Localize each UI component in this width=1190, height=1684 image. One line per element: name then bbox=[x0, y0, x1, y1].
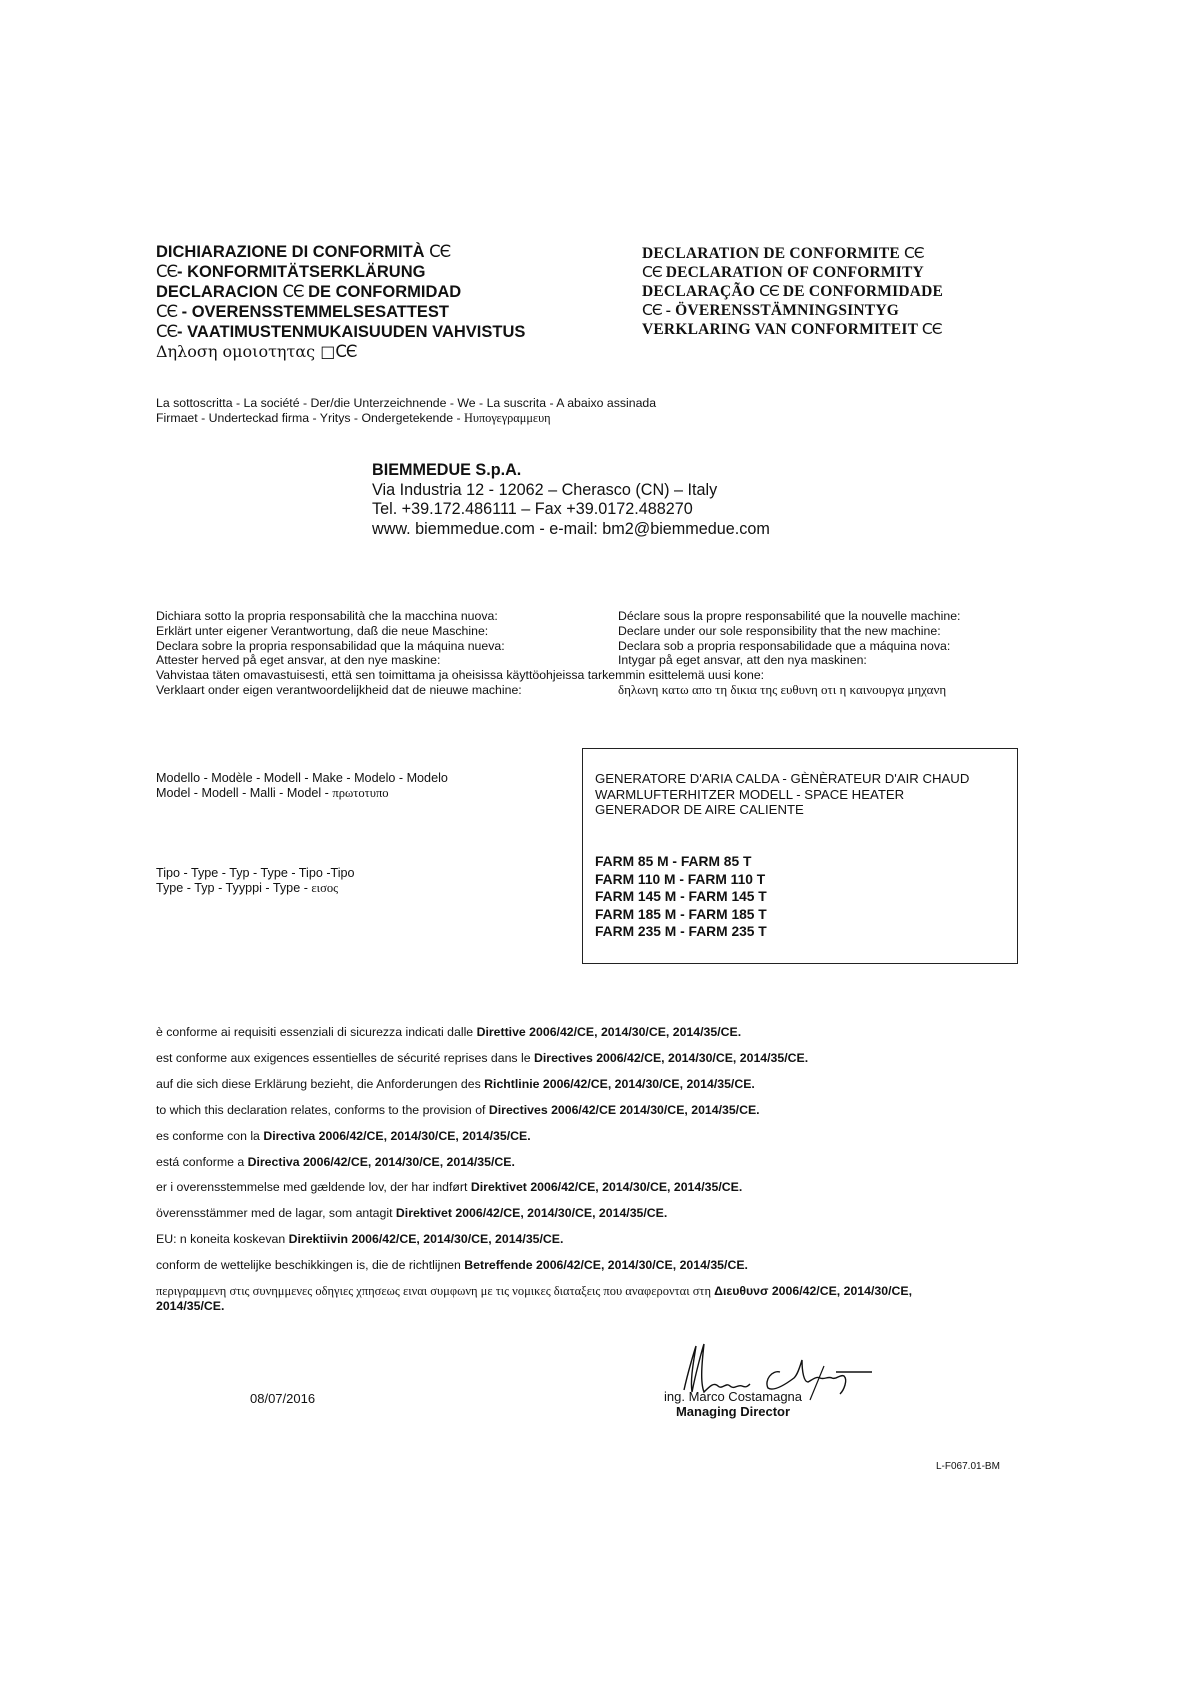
product-description: GENERATORE D'ARIA CALDA - GÈNÈRATEUR D'A… bbox=[595, 771, 969, 818]
signer-title: Managing Director bbox=[664, 1404, 802, 1419]
conformity-en: to which this declaration relates, confo… bbox=[156, 1098, 976, 1124]
undersigned-labels: La sottoscritta - La société - Der/die U… bbox=[156, 396, 656, 426]
ce-mark-icon: ϹЄ bbox=[335, 342, 356, 361]
ce-mark-icon: ϹЄ bbox=[429, 242, 450, 261]
model-label: Modello - Modèle - Modell - Make - Model… bbox=[156, 771, 448, 801]
ce-mark-icon: ϹЄ bbox=[156, 262, 177, 281]
signer-block: ing. Marco Costamagna Managing Director bbox=[664, 1389, 802, 1419]
company-phone: Tel. +39.172.486111 – Fax +39.0172.48827… bbox=[372, 500, 770, 520]
conformity-el: περιγραμμενη στις συνημμενες οδηγιες χπη… bbox=[156, 1284, 976, 1314]
title-sv: ϹЄ - ÖVERENSSTÄMNINGSINTYG bbox=[642, 301, 943, 320]
ce-mark-icon: ϹЄ bbox=[904, 244, 924, 262]
title-fi: ϹЄ- VAATIMUSTENMUKAISUUDEN VAHVISTUS bbox=[156, 322, 525, 342]
title-it: DICHIARAZIONE DI CONFORMITÀ ϹЄ bbox=[156, 242, 525, 262]
company-name: BIEMMEDUE S.p.A. bbox=[372, 461, 770, 481]
document-reference: L-F067.01-BM bbox=[936, 1461, 1000, 1472]
title-el: Δηλοση ομοιοτητας □ϹЄ bbox=[156, 342, 525, 362]
conformity-da: er i overensstemmelse med gældende lov, … bbox=[156, 1175, 976, 1201]
company-web: www. biemmedue.com - e-mail: bm2@biemmed… bbox=[372, 520, 770, 540]
ce-mark-icon: ϹЄ bbox=[156, 302, 177, 321]
conformity-sv: överensstämmer med de lagar, som antagit… bbox=[156, 1201, 976, 1227]
title-pt: DECLARAÇÃO ϹЄ DE CONFORMIDADE bbox=[642, 282, 943, 301]
conformity-statements: è conforme ai requisiti essenziali di si… bbox=[156, 1020, 976, 1314]
ce-mark-icon: ϹЄ bbox=[283, 282, 304, 301]
product-box: GENERATORE D'ARIA CALDA - GÈNÈRATEUR D'A… bbox=[582, 748, 1018, 964]
product-models: FARM 85 M - FARM 85 T FARM 110 M - FARM … bbox=[595, 853, 767, 941]
ce-mark-icon: ϹЄ bbox=[642, 263, 662, 281]
company-block: BIEMMEDUE S.p.A. Via Industria 12 - 1206… bbox=[372, 461, 770, 539]
title-es: DECLARACION ϹЄ DE CONFORMIDAD bbox=[156, 282, 525, 302]
title-da: ϹЄ - OVERENSSTEMMELSESATTEST bbox=[156, 302, 525, 322]
document-date: 08/07/2016 bbox=[250, 1391, 315, 1406]
type-label: Tipo - Type - Typ - Type - Tipo -Tipo Ty… bbox=[156, 866, 355, 896]
header-titles-left: DICHIARAZIONE DI CONFORMITÀ ϹЄ ϹЄ- KONFO… bbox=[156, 242, 525, 362]
declaration-right: Déclare sous la propre responsabilité qu… bbox=[618, 609, 960, 698]
ce-mark-icon: ϹЄ bbox=[922, 320, 942, 338]
company-address: Via Industria 12 - 12062 – Cherasco (CN)… bbox=[372, 481, 770, 501]
conformity-fr: est conforme aux exigences essentielles … bbox=[156, 1046, 976, 1072]
conformity-de: auf die sich diese Erklärung bezieht, di… bbox=[156, 1072, 976, 1098]
ce-mark-icon: ϹЄ bbox=[759, 282, 779, 300]
conformity-fi: EU: n koneita koskevan Direktiivin 2006/… bbox=[156, 1227, 976, 1253]
ce-mark-icon: ϹЄ bbox=[642, 301, 662, 319]
title-nl: VERKLARING VAN CONFORMITEIT ϹЄ bbox=[642, 320, 943, 339]
header-titles-right: DECLARATION DE CONFORMITE ϹЄ ϹЄ DECLARAT… bbox=[642, 244, 943, 339]
conformity-pt: está conforme a Directiva 2006/42/CE, 20… bbox=[156, 1150, 976, 1176]
ce-mark-icon: ϹЄ bbox=[156, 322, 177, 341]
conformity-it: è conforme ai requisiti essenziali di si… bbox=[156, 1020, 976, 1046]
signer-name: ing. Marco Costamagna bbox=[664, 1389, 802, 1404]
conformity-nl: conform de wettelijke beschikkingen is, … bbox=[156, 1253, 976, 1279]
title-de: ϹЄ- KONFORMITÄTSERKLÄRUNG bbox=[156, 262, 525, 282]
declaration-greek: δηλωνη κατω απο τη δικια της ευθυνη οτι … bbox=[618, 683, 960, 698]
title-fr: DECLARATION DE CONFORMITE ϹЄ bbox=[642, 244, 943, 263]
conformity-es: es conforme con la Directiva 2006/42/CE,… bbox=[156, 1124, 976, 1150]
title-en: ϹЄ DECLARATION OF CONFORMITY bbox=[642, 263, 943, 282]
